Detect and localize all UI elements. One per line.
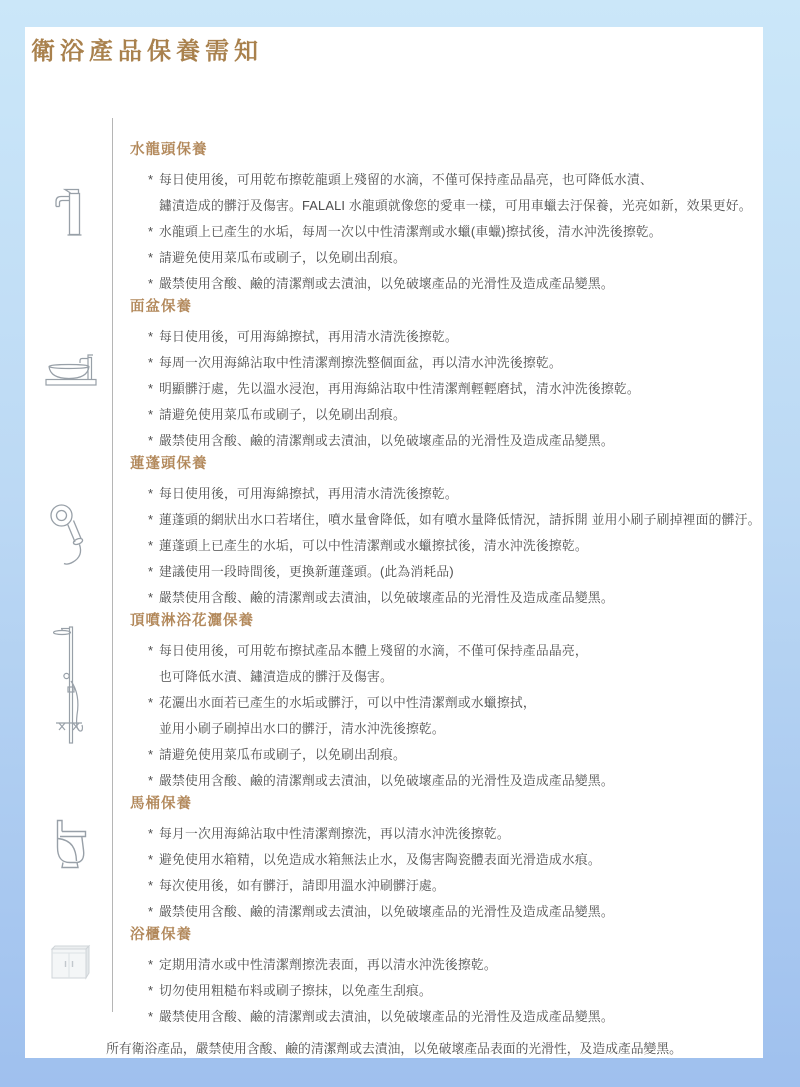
bullet-list: * 每日使用後，可用乾布擦乾龍頭上殘留的水滴，不僅可保持產品晶亮，也可降低水漬、… [130,167,763,297]
footer-note: 所有衛浴產品，嚴禁使用含酸、鹼的清潔劑或去漬油，以免破壞產品表面的光滑性，及造成… [25,1037,763,1061]
bullet-list: * 定期用清水或中性清潔劑擦洗表面，再以清水沖洗後擦乾。 * 切勿使用粗糙布料或… [130,952,763,1030]
bullet-marker: * [148,952,159,978]
bullet-marker: * [148,847,159,873]
bullet-item: * 每日使用後，可用海綿擦拭，再用清水清洗後擦乾。 [148,481,763,507]
bullet-item: * 蓮蓬頭的網狀出水口若堵住，噴水量會降低，如有噴水量降低情況，請拆開 並用小刷… [148,507,763,533]
bullet-marker: * [148,350,159,376]
bullet-text: 每周一次用海綿沾取中性清潔劑擦洗整個面盆，再以清水沖洗後擦乾。 [159,350,562,376]
bullet-text: 嚴禁使用含酸、鹼的清潔劑或去漬油，以免破壞產品的光滑性及造成產品變黑。 [159,1004,614,1030]
section-heading: 頂噴淋浴花灑保養 [130,611,763,632]
section-heading: 面盆保養 [130,297,763,318]
bullet-text: 蓮蓬頭上已產生的水垢，可以中性清潔劑或水蠟擦拭後，清水沖洗後擦乾。 [159,533,588,559]
handheld-shower-icon [48,502,90,567]
bullet-text: 每次使用後，如有髒汙，請即用溫水沖刷髒汙處。 [159,873,445,899]
bullet-text: 蓮蓬頭的網狀出水口若堵住，噴水量會降低，如有噴水量降低情況，請拆開 並用小刷子刷… [159,507,761,533]
bullet-marker: * [148,245,159,271]
bullet-item: * 建議使用一段時間後，更換新蓮蓬頭。(此為消耗品) [148,559,763,585]
bullet-item: * 每次使用後，如有髒汙，請即用溫水沖刷髒汙處。 [148,873,763,899]
shower-column-icon [53,623,85,747]
bullet-list: * 每日使用後，可用乾布擦拭產品本體上殘留的水滴，不僅可保持產品晶亮， 也可降低… [130,638,763,794]
section-heading: 馬桶保養 [130,794,763,815]
bullet-marker: * [148,428,159,454]
cabinet-icon [45,940,93,983]
bullet-text: 每日使用後，可用海綿擦拭，再用清水清洗後擦乾。 [159,481,458,507]
bullet-item: * 水龍頭上已產生的水垢，每周一次以中性清潔劑或水蠟(車蠟)擦拭後，清水沖洗後擦… [148,219,763,245]
bullet-item: * 嚴禁使用含酸、鹼的清潔劑或去漬油，以免破壞產品的光滑性及造成產品變黑。 [148,1004,763,1030]
bullet-item: * 嚴禁使用含酸、鹼的清潔劑或去漬油，以免破壞產品的光滑性及造成產品變黑。 [148,428,763,454]
bullet-item: * 每日使用後，可用海綿擦拭，再用清水清洗後擦乾。 [148,324,763,350]
bullet-marker: * [148,219,159,245]
vertical-divider [112,118,113,1012]
bullet-text: 每日使用後，可用乾布擦乾龍頭上殘留的水滴，不僅可保持產品晶亮，也可降低水漬、 鏽… [159,167,752,219]
bullet-list: * 每月一次用海綿沾取中性清潔劑擦洗，再以清水沖洗後擦乾。 * 避免使用水箱精，… [130,821,763,925]
bullet-text: 定期用清水或中性清潔劑擦洗表面，再以清水沖洗後擦乾。 [159,952,497,978]
toilet-icon [48,817,88,870]
bullet-text: 請避免使用菜瓜布或刷子，以免刷出刮痕。 [159,742,406,768]
bullet-marker: * [148,899,159,925]
section: 水龍頭保養 * 每日使用後，可用乾布擦乾龍頭上殘留的水滴，不僅可保持產品晶亮，也… [130,140,763,297]
section: 頂噴淋浴花灑保養 * 每日使用後，可用乾布擦拭產品本體上殘留的水滴，不僅可保持產… [130,611,763,794]
bullet-marker: * [148,1004,159,1030]
sections-container: 水龍頭保養 * 每日使用後，可用乾布擦乾龍頭上殘留的水滴，不僅可保持產品晶亮，也… [130,67,763,1030]
bullet-marker: * [148,402,159,428]
bullet-item: * 定期用清水或中性清潔劑擦洗表面，再以清水沖洗後擦乾。 [148,952,763,978]
section-heading: 浴櫃保養 [130,925,763,946]
bullet-text: 每日使用後，可用海綿擦拭，再用清水清洗後擦乾。 [159,324,458,350]
bullet-text: 水龍頭上已產生的水垢，每周一次以中性清潔劑或水蠟(車蠟)擦拭後，清水沖洗後擦乾。 [159,219,662,245]
bullet-item: * 每周一次用海綿沾取中性清潔劑擦洗整個面盆，再以清水沖洗後擦乾。 [148,350,763,376]
bullet-text: 嚴禁使用含酸、鹼的清潔劑或去漬油，以免破壞產品的光滑性及造成產品變黑。 [159,585,614,611]
bullet-marker: * [148,324,159,350]
bullet-marker: * [148,559,159,585]
section: 馬桶保養 * 每月一次用海綿沾取中性清潔劑擦洗，再以清水沖洗後擦乾。 * 避免使… [130,794,763,925]
section-heading: 水龍頭保養 [130,140,763,161]
bullet-item: * 每日使用後，可用乾布擦乾龍頭上殘留的水滴，不僅可保持產品晶亮，也可降低水漬、… [148,167,763,219]
bullet-text: 嚴禁使用含酸、鹼的清潔劑或去漬油，以免破壞產品的光滑性及造成產品變黑。 [159,899,614,925]
bullet-item: * 請避免使用菜瓜布或刷子，以免刷出刮痕。 [148,245,763,271]
bullet-marker: * [148,768,159,794]
basin-icon [45,347,97,387]
bullet-marker: * [148,167,159,193]
bullet-text: 明顯髒汙處，先以溫水浸泡，再用海綿沾取中性清潔劑輕輕磨拭，清水沖洗後擦乾。 [159,376,640,402]
section: 浴櫃保養 * 定期用清水或中性清潔劑擦洗表面，再以清水沖洗後擦乾。 * 切勿使用… [130,925,763,1030]
bullet-marker: * [148,507,159,533]
bullet-marker: * [148,690,159,716]
bullet-item: * 每日使用後，可用乾布擦拭產品本體上殘留的水滴，不僅可保持產品晶亮， 也可降低… [148,638,763,690]
section: 面盆保養 * 每日使用後，可用海綿擦拭，再用清水清洗後擦乾。 * 每周一次用海綿… [130,297,763,454]
bullet-item: * 每月一次用海綿沾取中性清潔劑擦洗，再以清水沖洗後擦乾。 [148,821,763,847]
bullet-text: 每月一次用海綿沾取中性清潔劑擦洗，再以清水沖洗後擦乾。 [159,821,510,847]
bullet-marker: * [148,638,159,664]
bullet-text: 建議使用一段時間後，更換新蓮蓬頭。(此為消耗品) [159,559,454,585]
bullet-item: * 請避免使用菜瓜布或刷子，以免刷出刮痕。 [148,402,763,428]
section-heading: 蓮蓬頭保養 [130,454,763,475]
bullet-marker: * [148,742,159,768]
bullet-marker: * [148,873,159,899]
bullet-item: * 嚴禁使用含酸、鹼的清潔劑或去漬油，以免破壞產品的光滑性及造成產品變黑。 [148,585,763,611]
bullet-marker: * [148,978,159,1004]
bullet-text: 請避免使用菜瓜布或刷子，以免刷出刮痕。 [159,402,406,428]
bullet-marker: * [148,271,159,297]
bullet-text: 花灑出水面若已產生的水垢或髒汙，可以中性清潔劑或水蠟擦拭， 並用小刷子刷掉出水口… [159,690,536,742]
bullet-item: * 避免使用水箱精，以免造成水箱無法止水，及傷害陶瓷體表面光滑造成水痕。 [148,847,763,873]
bullet-item: * 切勿使用粗糙布料或刷子擦抹，以免產生刮痕。 [148,978,763,1004]
bullet-text: 切勿使用粗糙布料或刷子擦抹，以免產生刮痕。 [159,978,432,1004]
bullet-text: 嚴禁使用含酸、鹼的清潔劑或去漬油，以免破壞產品的光滑性及造成產品變黑。 [159,768,614,794]
section: 蓮蓬頭保養 * 每日使用後，可用海綿擦拭，再用清水清洗後擦乾。 * 蓮蓬頭的網狀… [130,454,763,611]
bullet-list: * 每日使用後，可用海綿擦拭，再用清水清洗後擦乾。 * 蓮蓬頭的網狀出水口若堵住… [130,481,763,611]
bullet-marker: * [148,821,159,847]
bullet-item: * 明顯髒汙處，先以溫水浸泡，再用海綿沾取中性清潔劑輕輕磨拭，清水沖洗後擦乾。 [148,376,763,402]
bullet-item: * 花灑出水面若已產生的水垢或髒汙，可以中性清潔劑或水蠟擦拭， 並用小刷子刷掉出… [148,690,763,742]
bullet-text: 嚴禁使用含酸、鹼的清潔劑或去漬油，以免破壞產品的光滑性及造成產品變黑。 [159,271,614,297]
bullet-marker: * [148,585,159,611]
bullet-item: * 嚴禁使用含酸、鹼的清潔劑或去漬油，以免破壞產品的光滑性及造成產品變黑。 [148,899,763,925]
bullet-text: 嚴禁使用含酸、鹼的清潔劑或去漬油，以免破壞產品的光滑性及造成產品變黑。 [159,428,614,454]
bullet-marker: * [148,376,159,402]
bullet-item: * 請避免使用菜瓜布或刷子，以免刷出刮痕。 [148,742,763,768]
bullet-item: * 嚴禁使用含酸、鹼的清潔劑或去漬油，以免破壞產品的光滑性及造成產品變黑。 [148,768,763,794]
bullet-text: 每日使用後，可用乾布擦拭產品本體上殘留的水滴，不僅可保持產品晶亮， 也可降低水漬… [159,638,588,690]
faucet-icon [52,188,85,238]
bullet-marker: * [148,481,159,507]
document-page: 衛浴產品保養需知 [25,27,763,1058]
bullet-item: * 嚴禁使用含酸、鹼的清潔劑或去漬油，以免破壞產品的光滑性及造成產品變黑。 [148,271,763,297]
bullet-marker: * [148,533,159,559]
page-title: 衛浴產品保養需知 [31,37,763,67]
bullet-item: * 蓮蓬頭上已產生的水垢，可以中性清潔劑或水蠟擦拭後，清水沖洗後擦乾。 [148,533,763,559]
bullet-list: * 每日使用後，可用海綿擦拭，再用清水清洗後擦乾。 * 每周一次用海綿沾取中性清… [130,324,763,454]
document-background: 衛浴產品保養需知 [0,0,800,1087]
bullet-text: 請避免使用菜瓜布或刷子，以免刷出刮痕。 [159,245,406,271]
bullet-text: 避免使用水箱精，以免造成水箱無法止水，及傷害陶瓷體表面光滑造成水痕。 [159,847,601,873]
